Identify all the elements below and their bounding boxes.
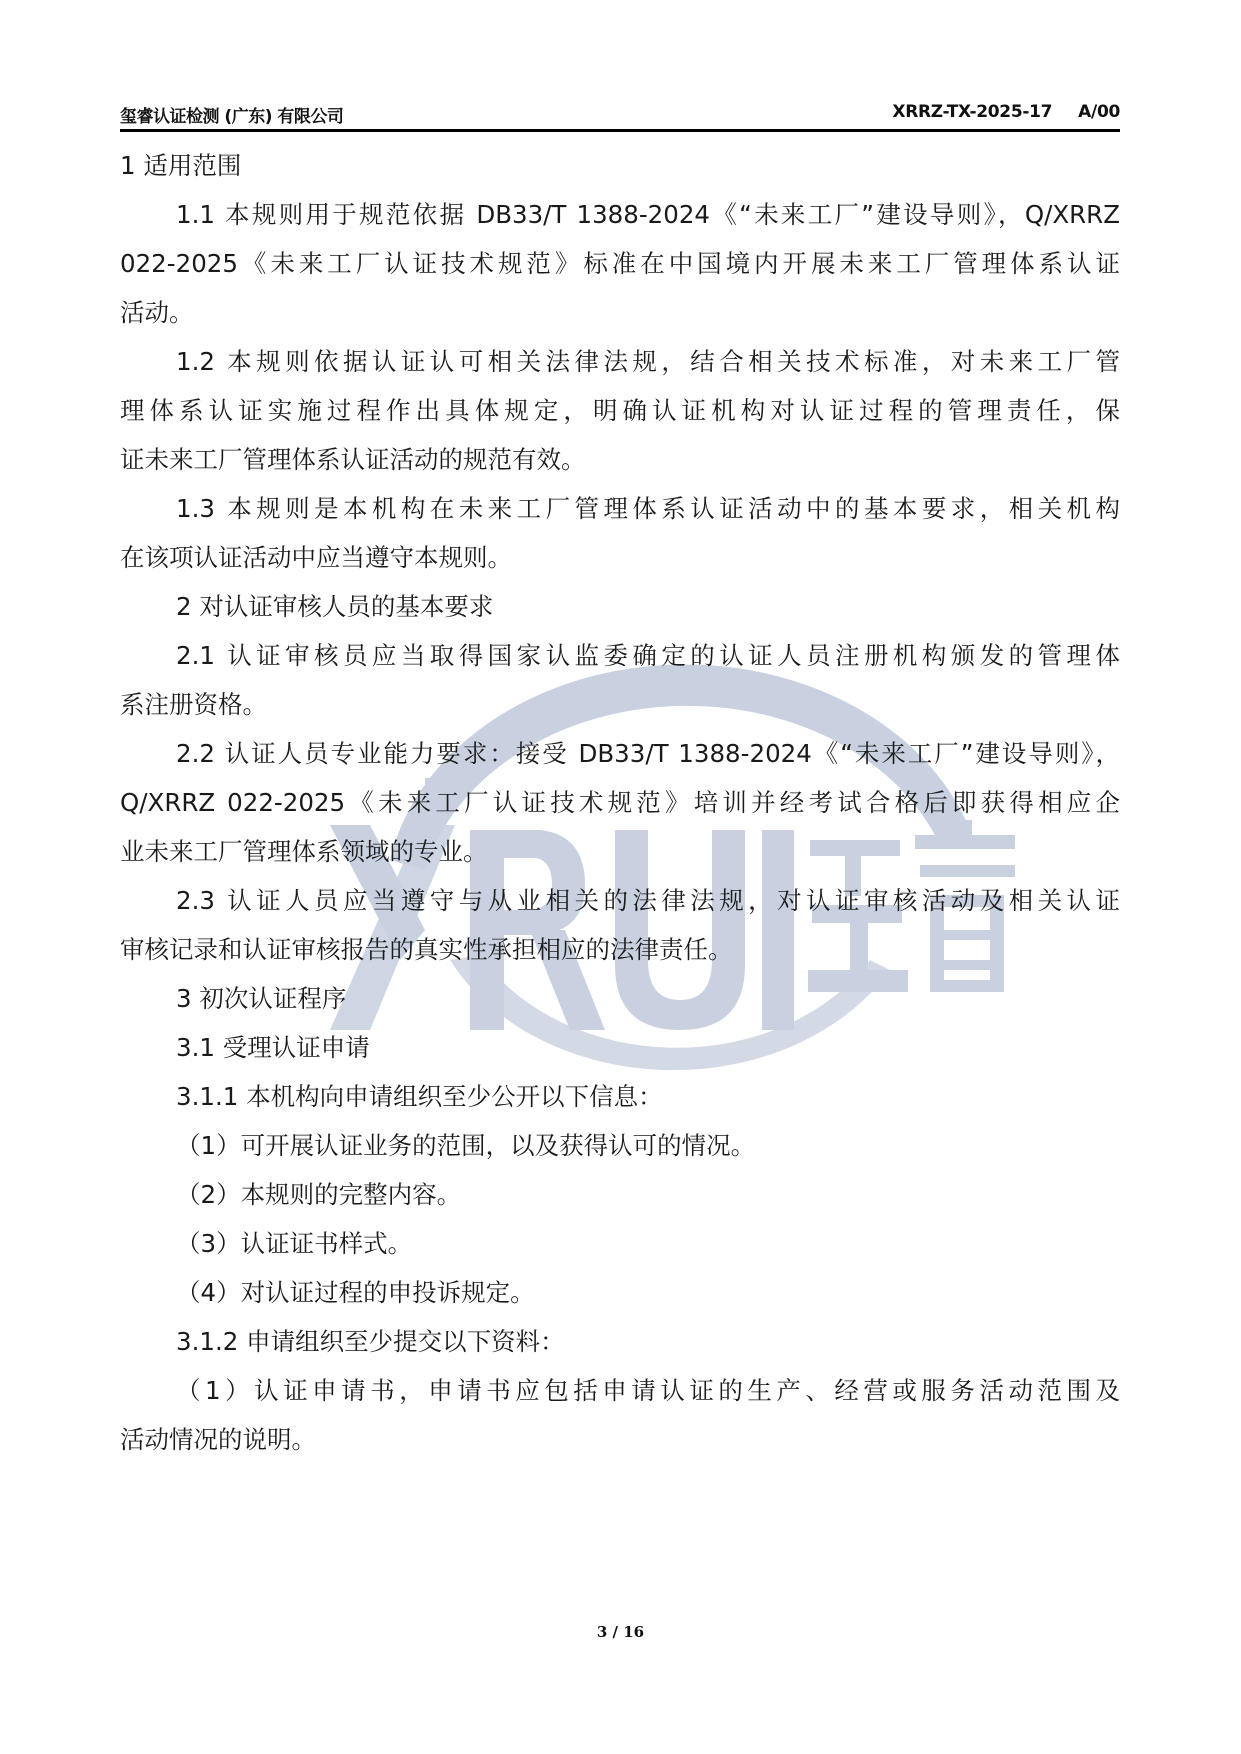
revision: A/00 (1078, 102, 1120, 122)
section-heading-1: 1 适用范围 (120, 148, 241, 184)
paragraph-line: 1.3 本规则是本机构在未来工厂管理体系认证活动中的基本要求，相关机构 (176, 491, 1120, 527)
list-item: （2）本规则的完整内容。 (176, 1177, 461, 1213)
subsection-heading: 3.1 受理认证申请 (176, 1030, 370, 1066)
section-heading-2: 2 对认证审核人员的基本要求 (176, 589, 493, 625)
paragraph-line: 活动情况的说明。 (120, 1422, 316, 1458)
paragraph-line: 理体系认证实施过程作出具体规定，明确认证机构对认证过程的管理责任，保 (120, 393, 1120, 429)
list-item: （1）可开展认证业务的范围，以及获得认可的情况。 (176, 1128, 755, 1164)
paragraph-line: 活动。 (120, 295, 194, 331)
paragraph-line: 在该项认证活动中应当遵守本规则。 (120, 540, 512, 576)
list-item: （1）认证申请书，申请书应包括申请认证的生产、经营或服务活动范围及 (176, 1373, 1120, 1409)
section-heading-3: 3 初次认证程序 (176, 981, 346, 1017)
page-number: 3 / 16 (0, 1623, 1241, 1641)
paragraph-line: 2.2 认证人员专业能力要求：接受 DB33/T 1388-2024《“未来工厂… (176, 736, 1120, 772)
document-page: 玺睿认证检测 (广东) 有限公司 XRRZ-TX-2025-17A/00 1 适… (0, 0, 1241, 1754)
paragraph-line: Q/XRRZ 022-2025《未来工厂认证技术规范》培训并经考试合格后即获得相… (120, 785, 1120, 821)
paragraph-line: 2.1 认证审核员应当取得国家认监委确定的认证人员注册机构颁发的管理体 (176, 638, 1120, 674)
list-item: （3）认证证书样式。 (176, 1226, 412, 1262)
paragraph-line: 022-2025《未来工厂认证技术规范》标准在中国境内开展未来工厂管理体系认证 (120, 246, 1120, 282)
page-header: 玺睿认证检测 (广东) 有限公司 XRRZ-TX-2025-17A/00 (120, 98, 1120, 128)
company-name: 玺睿认证检测 (广东) 有限公司 (120, 102, 343, 127)
paragraph-line: 3.1.1 本机构向申请组织至少公开以下信息： (176, 1079, 663, 1115)
header-divider (120, 129, 1120, 132)
list-item: （4）对认证过程的申投诉规定。 (176, 1275, 535, 1311)
document-code: XRRZ-TX-2025-17 (892, 102, 1052, 122)
paragraph-line: 1.1 本规则用于规范依据 DB33/T 1388-2024《“未来工厂”建设导… (176, 197, 1120, 233)
paragraph-line: 审核记录和认证审核报告的真实性承担相应的法律责任。 (120, 932, 733, 968)
paragraph-line: 业未来工厂管理体系领域的专业。 (120, 834, 488, 870)
paragraph-line: 3.1.2 申请组织至少提交以下资料： (176, 1324, 565, 1360)
paragraph-line: 1.2 本规则依据认证认可相关法律法规，结合相关技术标准，对未来工厂管 (176, 344, 1120, 380)
paragraph-line: 系注册资格。 (120, 687, 267, 723)
paragraph-line: 2.3 认证人员应当遵守与从业相关的法律法规，对认证审核活动及相关认证 (176, 883, 1120, 919)
paragraph-line: 证未来工厂管理体系认证活动的规范有效。 (120, 442, 586, 478)
document-code-group: XRRZ-TX-2025-17A/00 (892, 102, 1120, 122)
